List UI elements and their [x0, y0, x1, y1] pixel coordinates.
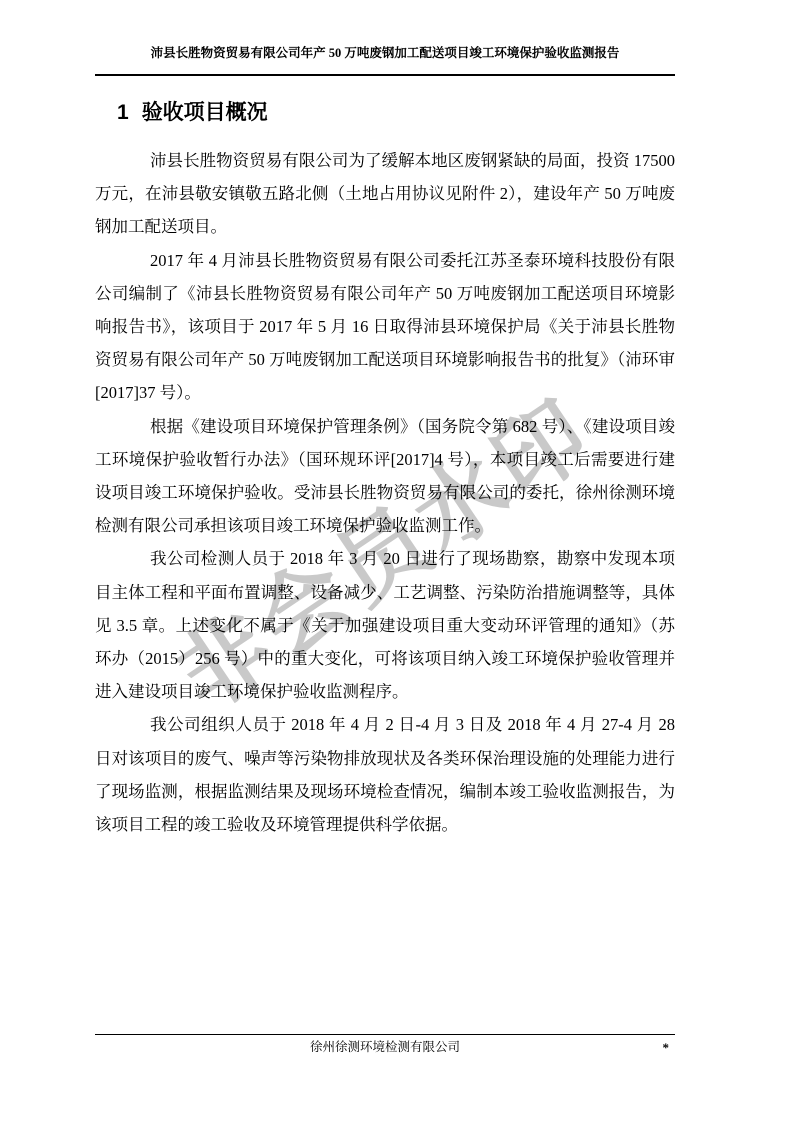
- paragraph: 我公司组织人员于 2018 年 4 月 2 日-4 月 3 日及 2018 年 …: [95, 708, 675, 841]
- heading-title: 验收项目概况: [142, 100, 268, 126]
- document-body: 沛县长胜物资贸易有限公司为了缓解本地区废钢紧缺的局面，投资 17500 万元，在…: [95, 144, 675, 841]
- section-heading: 1 验收项目概况: [117, 100, 268, 126]
- paragraph: 我公司检测人员于 2018 年 3 月 20 日进行了现场勘察，勘察中发现本项目…: [95, 542, 675, 708]
- document-page: 非会员水印 沛县长胜物资贸易有限公司年产 50 万吨废钢加工配送项目竣工环境保护…: [0, 0, 793, 1122]
- heading-number: 1: [117, 100, 129, 126]
- paragraph: 2017 年 4 月沛县长胜物资贸易有限公司委托江苏圣泰环境科技股份有限公司编制…: [95, 244, 675, 410]
- header-title: 沛县长胜物资贸易有限公司年产 50 万吨废钢加工配送项目竣工环境保护验收监测报告: [151, 46, 620, 60]
- paragraph: 根据《建设项目环境保护管理条例》（国务院令第 682 号）、《建设项目竣工环境保…: [95, 410, 675, 543]
- footer-page-marker: *: [663, 1040, 670, 1055]
- page-header: 沛县长胜物资贸易有限公司年产 50 万吨废钢加工配送项目竣工环境保护验收监测报告: [95, 46, 675, 76]
- paragraph: 沛县长胜物资贸易有限公司为了缓解本地区废钢紧缺的局面，投资 17500 万元，在…: [95, 144, 675, 244]
- page-footer: 徐州徐测环境检测有限公司 *: [95, 1034, 675, 1055]
- footer-company: 徐州徐测环境检测有限公司: [310, 1040, 460, 1054]
